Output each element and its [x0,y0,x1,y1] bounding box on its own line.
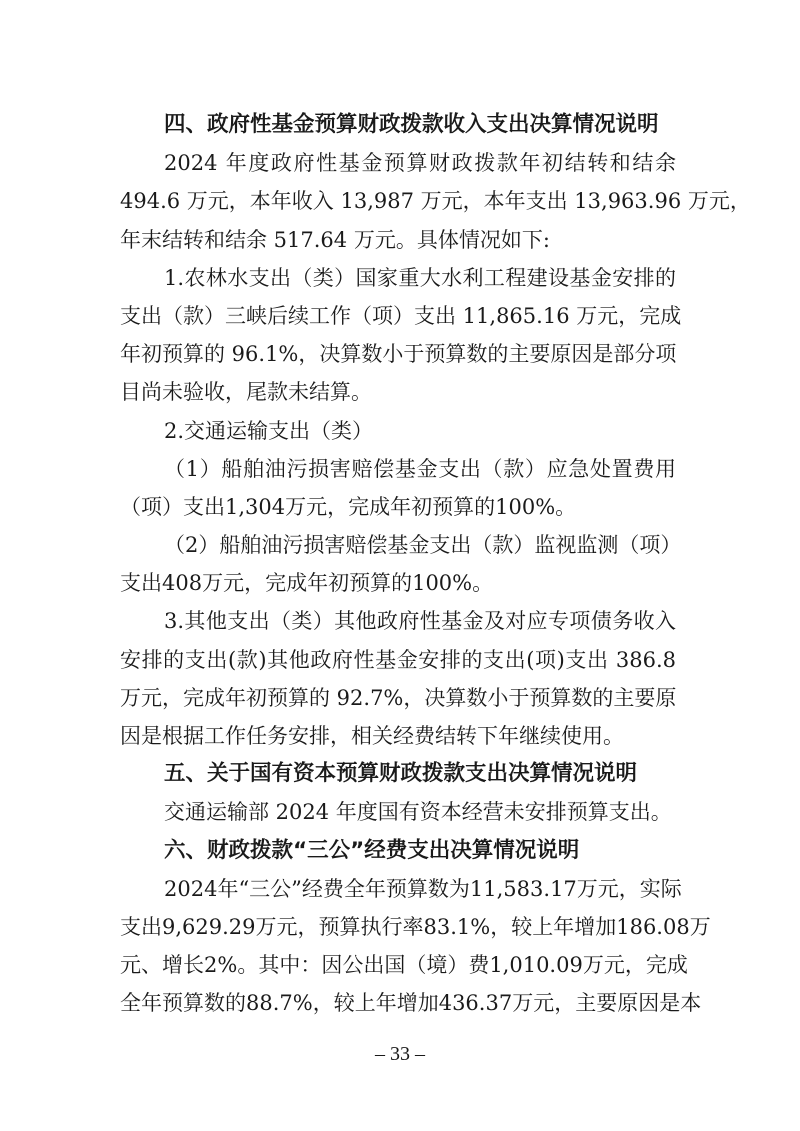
page-number: – 33 – [0,1043,800,1066]
paragraph-line: 支出9,629.29万元，预算执行率83.1%，较上年增加186.08万 [120,908,676,946]
paragraph-line: 2024 年度政府性基金预算财政拨款年初结转和结余 [120,144,676,182]
paragraph-line: 2024年“三公”经费全年预算数为11,583.17万元，实际 [120,870,676,908]
paragraph-line: 目尚未验收，尾款未结算。 [120,373,676,411]
paragraph-line: 支出408万元，完成年初预算的100%。 [120,564,676,602]
paragraph-line: 494.6 万元，本年收入 13,987 万元，本年支出 13,963.96 万… [120,182,676,220]
paragraph-line: 年初预算的 96.1%，决算数小于预算数的主要原因是部分项 [120,335,676,373]
paragraph-line: 支出（款）三峡后续工作（项）支出 11,865.16 万元，完成 [120,297,676,335]
paragraph-line: 3.其他支出（类）其他政府性基金及对应专项债务收入 [120,602,676,640]
document-page: 四、政府性基金预算财政拨款收入支出决算情况说明 2024 年度政府性基金预算财政… [120,106,676,1023]
paragraph-line: （项）支出1,304万元，完成年初预算的100%。 [120,488,676,526]
paragraph-line: 2.交通运输支出（类） [120,412,676,450]
paragraph-line: 元、增长2%。其中：因公出国（境）费1,010.09万元，完成 [120,946,676,984]
paragraph-line: 全年预算数的88.7%，较上年增加436.37万元，主要原因是本 [120,984,676,1022]
paragraph-line: 年末结转和结余 517.64 万元。具体情况如下: [120,221,676,259]
paragraph-line: （1）船舶油污损害赔偿基金支出（款）应急处置费用 [120,450,676,488]
paragraph-line: （2）船舶油污损害赔偿基金支出（款）监视监测（项） [120,526,676,564]
paragraph-line: 1.农林水支出（类）国家重大水利工程建设基金安排的 [120,259,676,297]
section-heading-6: 六、财政拨款“三公”经费支出决算情况说明 [120,832,676,870]
paragraph-line: 安排的支出(款)其他政府性基金安排的支出(项)支出 386.8 [120,641,676,679]
paragraph-line: 交通运输部 2024 年度国有资本经营未安排预算支出。 [120,793,676,831]
paragraph-line: 万元，完成年初预算的 92.7%，决算数小于预算数的主要原 [120,679,676,717]
paragraph-line: 因是根据工作任务安排，相关经费结转下年继续使用。 [120,717,676,755]
section-heading-5: 五、关于国有资本预算财政拨款支出决算情况说明 [120,755,676,793]
section-heading-4: 四、政府性基金预算财政拨款收入支出决算情况说明 [120,106,676,144]
